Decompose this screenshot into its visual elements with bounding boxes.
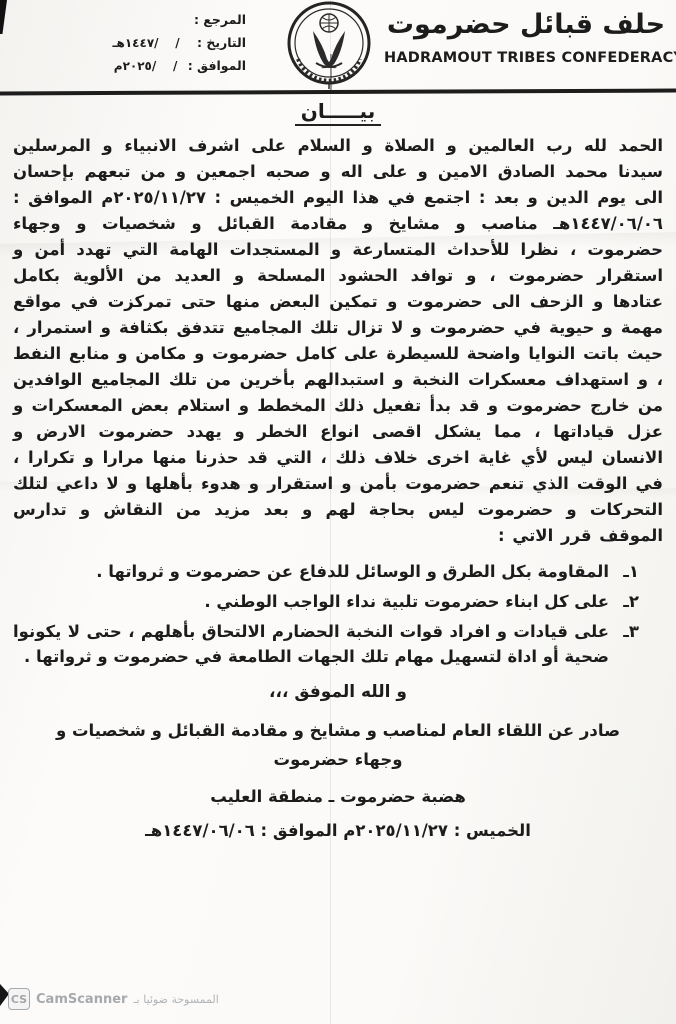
- resolutions-list: ١ـ المقاومة بكل الطرق و الوسائل للدفاع ع…: [13, 559, 663, 669]
- ref-row-marja: المرجع :: [26, 12, 246, 27]
- list-item: ١ـ المقاومة بكل الطرق و الوسائل للدفاع ع…: [13, 559, 639, 584]
- org-name-english: HADRAMOUT TRIBES CONFEDERACY: [384, 50, 668, 66]
- camscanner-label-arabic: الممسوحة ضوئيا بـ: [133, 993, 218, 1006]
- issued-by: صادر عن اللقاء العام لمناصب و مشايخ و مق…: [13, 716, 663, 774]
- list-item-text: على كل ابناء حضرموت تلبية نداء الواجب ال…: [204, 589, 609, 614]
- camscanner-watermark: CS CamScanner الممسوحة ضوئيا بـ: [8, 988, 219, 1010]
- ref-row-date-gregorian: الموافق : / /٢٠٢٥م: [26, 58, 246, 73]
- ref-value: / /٢٠٢٥م: [114, 59, 186, 73]
- ref-label: المرجع :: [190, 12, 246, 27]
- statement-paragraph: الحمد لله رب العالمين و الصلاة و السلام …: [13, 133, 663, 549]
- header-divider-rule: [0, 89, 676, 95]
- list-item-text: المقاومة بكل الطرق و الوسائل للدفاع عن ح…: [96, 559, 609, 584]
- location-line: هضبة حضرموت ـ منطقة العليب: [13, 787, 663, 806]
- ref-value: / /١٤٤٧هـ: [112, 36, 188, 50]
- statement-body: بيـــــان الحمد لله رب العالمين و الصلاة…: [13, 96, 663, 840]
- ref-row-date-hijri: التاريخ : / /١٤٤٧هـ: [26, 35, 246, 50]
- closing-phrase: و الله الموفق ،،،: [13, 682, 663, 702]
- statement-title: بيـــــان: [295, 99, 381, 126]
- list-item-text: على قيادات و افراد قوات النخبة الحضارم ا…: [13, 619, 609, 669]
- issued-by-line2: وجهاء حضرموت: [13, 745, 663, 774]
- list-item-number: ٢ـ: [609, 589, 639, 614]
- ref-label: الموافق :: [188, 58, 246, 73]
- statement-date-line: الخميس : ٢٠٢٥/١١/٢٧م الموافق : ١٤٤٧/٠٦/٠…: [13, 821, 663, 840]
- reference-block: المرجع : التاريخ : / /١٤٤٧هـ الموافق : /…: [26, 12, 246, 81]
- scan-corner-shadow: [0, 0, 7, 34]
- camscanner-icon: CS: [8, 988, 30, 1010]
- scanned-statement-page: المرجع : التاريخ : / /١٤٤٧هـ الموافق : /…: [0, 0, 676, 1024]
- list-item-number: ١ـ: [609, 559, 639, 584]
- org-titles: حلف قبائل حضرموت HADRAMOUT TRIBES CONFED…: [384, 9, 668, 66]
- org-name-arabic: حلف قبائل حضرموت: [384, 9, 668, 40]
- issued-by-line1: صادر عن اللقاء العام لمناصب و مشايخ و مق…: [13, 716, 663, 745]
- camscanner-label: CamScanner: [36, 992, 127, 1007]
- ref-label: التاريخ :: [190, 35, 246, 50]
- list-item: ٣ـ على قيادات و افراد قوات النخبة الحضار…: [13, 619, 639, 669]
- confederacy-emblem-icon: [276, 1, 382, 89]
- list-item-number: ٣ـ: [609, 619, 639, 669]
- list-item: ٢ـ على كل ابناء حضرموت تلبية نداء الواجب…: [13, 589, 639, 614]
